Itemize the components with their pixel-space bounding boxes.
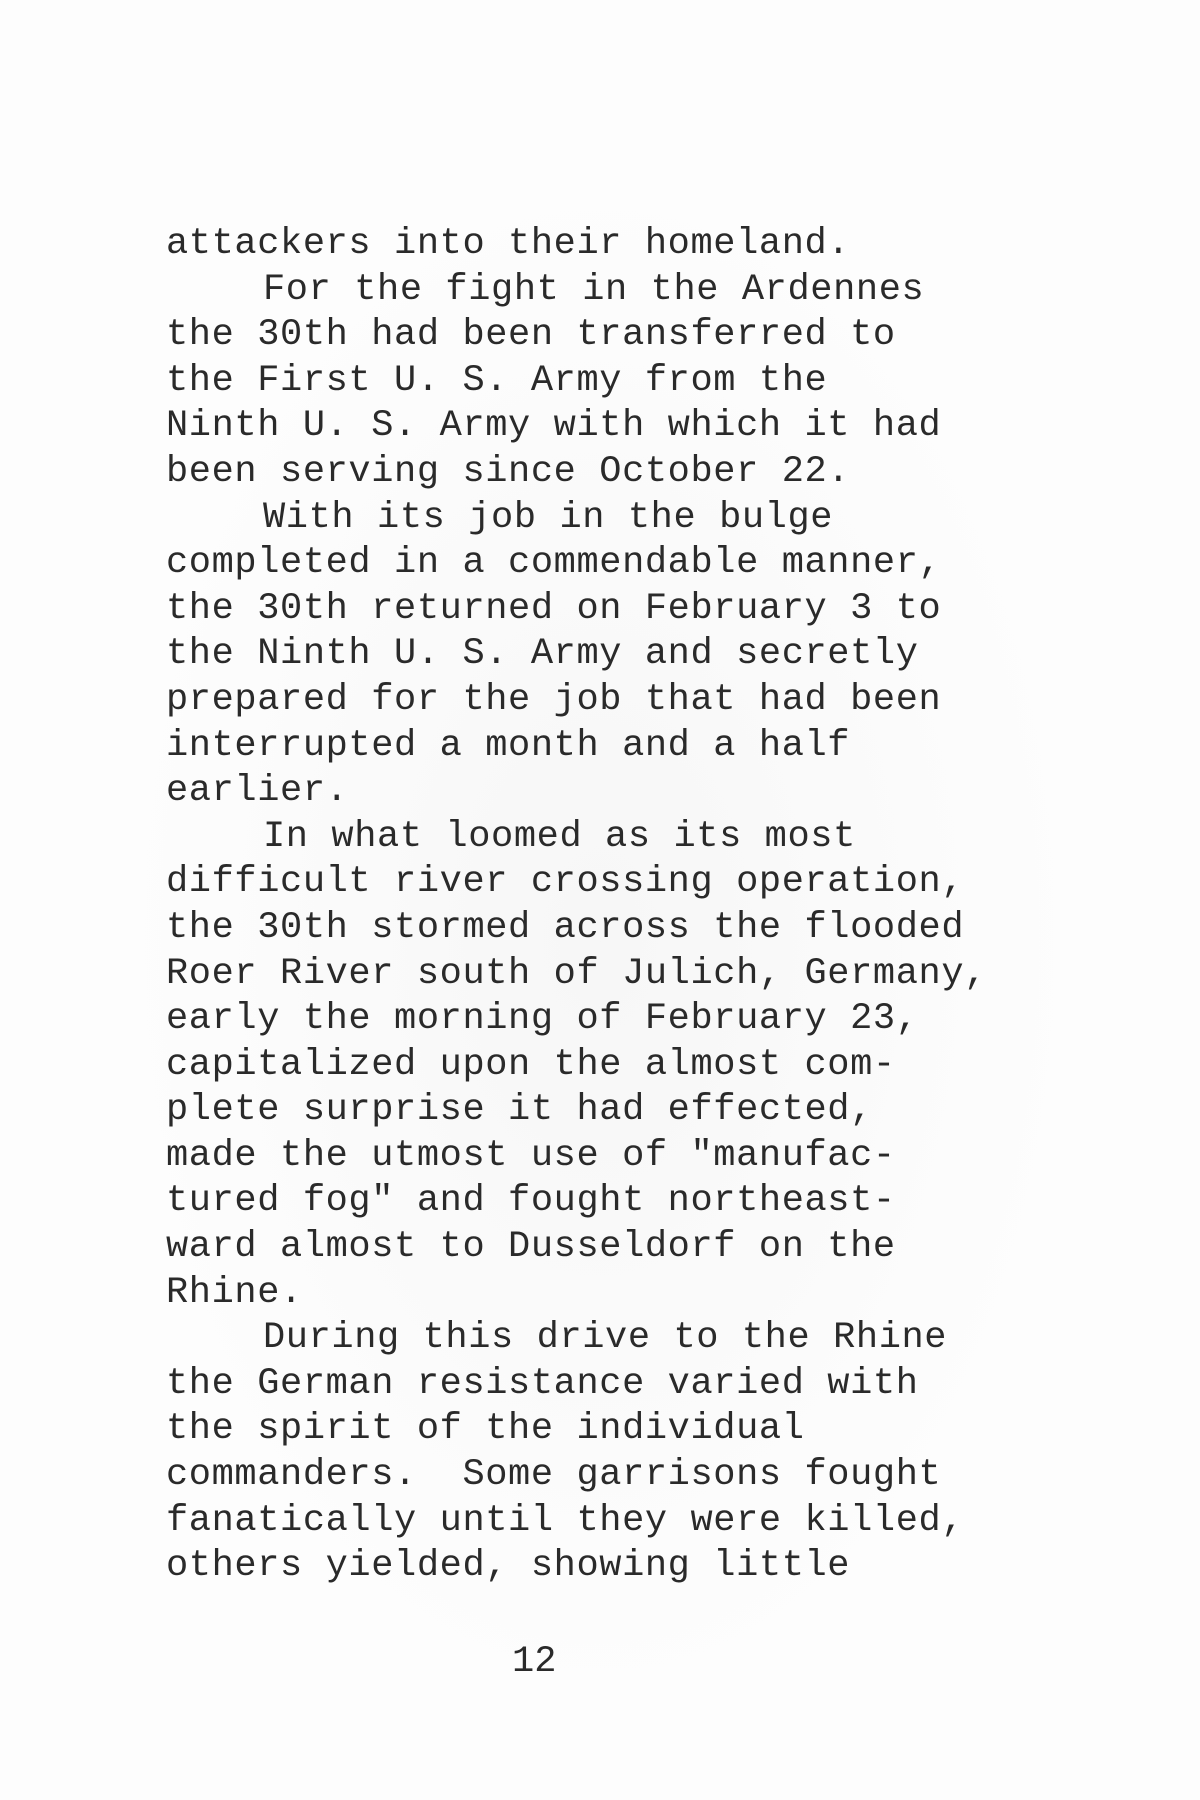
- text-line: the spirit of the individual: [166, 1407, 1066, 1453]
- text-line: early the morning of February 23,: [166, 997, 1066, 1043]
- text-line: plete surprise it had effected,: [166, 1088, 1066, 1134]
- text-line: completed in a commendable manner,: [166, 541, 1066, 587]
- text-line: Roer River south of Julich, Germany,: [166, 952, 1066, 998]
- text-line: made the utmost use of "manufac-: [166, 1134, 1066, 1180]
- text-line: earlier.: [166, 769, 1066, 815]
- text-line: commanders. Some garrisons fought: [166, 1453, 1066, 1499]
- page-number: 12: [512, 1641, 556, 1683]
- text-line: Rhine.: [166, 1271, 1066, 1317]
- text-line: others yielded, showing little: [166, 1544, 1066, 1590]
- text-line: interrupted a month and a half: [166, 724, 1066, 770]
- text-line: During this drive to the Rhine: [166, 1316, 1066, 1362]
- text-line: capitalized upon the almost com-: [166, 1043, 1066, 1089]
- text-line: the 30th had been transferred to: [166, 313, 1066, 359]
- text-line: For the fight in the Ardennes: [166, 268, 1066, 314]
- text-line: attackers into their homeland.: [166, 222, 1066, 268]
- text-line: ward almost to Dusseldorf on the: [166, 1225, 1066, 1271]
- text-line: been serving since October 22.: [166, 450, 1066, 496]
- text-line: fanatically until they were killed,: [166, 1499, 1066, 1545]
- text-line: In what loomed as its most: [166, 815, 1066, 861]
- text-line: the Ninth U. S. Army and secretly: [166, 632, 1066, 678]
- text-line: the German resistance varied with: [166, 1362, 1066, 1408]
- text-line: Ninth U. S. Army with which it had: [166, 404, 1066, 450]
- text-line: tured fog" and fought northeast-: [166, 1179, 1066, 1225]
- document-page: attackers into their homeland.For the fi…: [0, 0, 1200, 1800]
- body-text: attackers into their homeland.For the fi…: [166, 222, 1066, 1590]
- text-line: prepared for the job that had been: [166, 678, 1066, 724]
- text-line: With its job in the bulge: [166, 496, 1066, 542]
- text-line: the First U. S. Army from the: [166, 359, 1066, 405]
- text-line: the 30th returned on February 3 to: [166, 587, 1066, 633]
- text-line: the 30th stormed across the flooded: [166, 906, 1066, 952]
- text-line: difficult river crossing operation,: [166, 860, 1066, 906]
